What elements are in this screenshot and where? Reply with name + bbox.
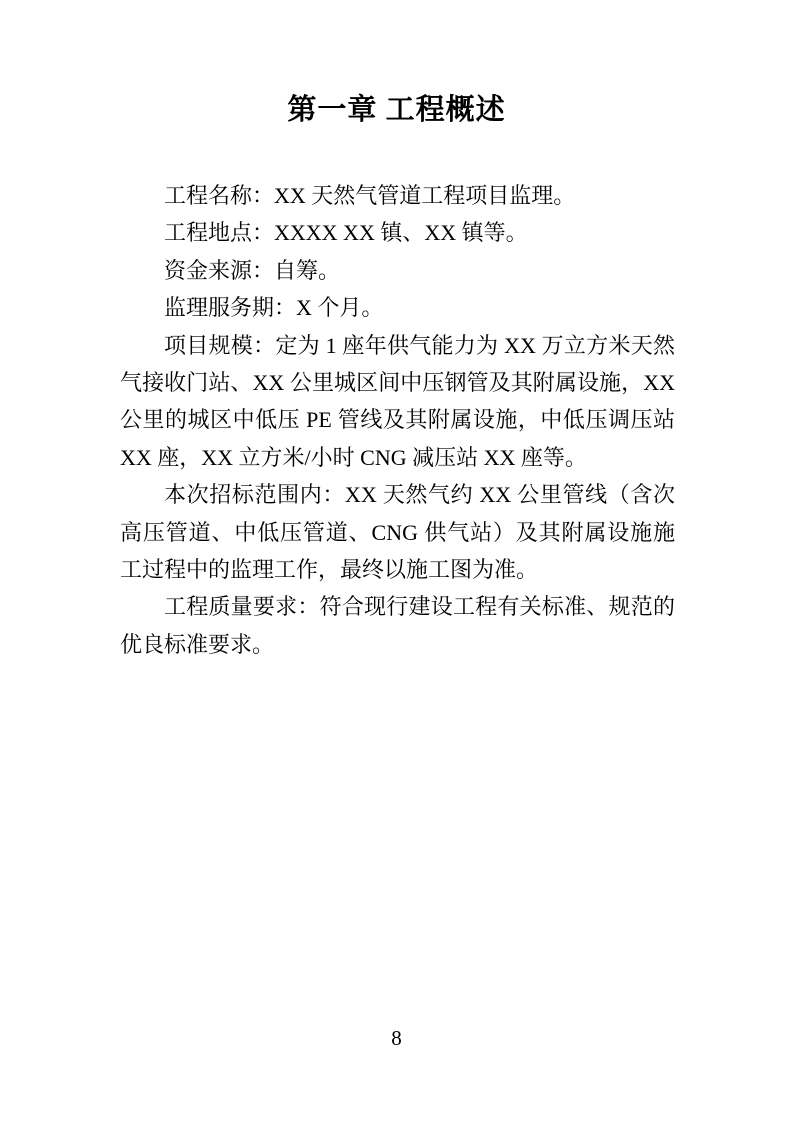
document-body: 工程名称：XX 天然气管道工程项目监理。 工程地点：XXXX XX 镇、XX 镇… (120, 177, 675, 663)
para-supervision-period: 监理服务期：X 个月。 (120, 289, 675, 326)
document-page: 第一章 工程概述 工程名称：XX 天然气管道工程项目监理。 工程地点：XXXX … (0, 0, 793, 1122)
para-project-name: 工程名称：XX 天然气管道工程项目监理。 (120, 177, 675, 214)
para-quality-requirement: 工程质量要求：符合现行建设工程有关标准、规范的优良标准要求。 (120, 588, 675, 663)
chapter-title: 第一章 工程概述 (0, 88, 793, 132)
para-project-scale: 项目规模：定为 1 座年供气能力为 XX 万立方米天然气接收门站、XX 公里城区… (120, 327, 675, 477)
para-funding-source: 资金来源：自筹。 (120, 252, 675, 289)
page-number: 8 (0, 1024, 793, 1052)
para-bid-scope: 本次招标范围内：XX 天然气约 XX 公里管线（含次高压管道、中低压管道、CNG… (120, 476, 675, 588)
para-project-location: 工程地点：XXXX XX 镇、XX 镇等。 (120, 214, 675, 251)
